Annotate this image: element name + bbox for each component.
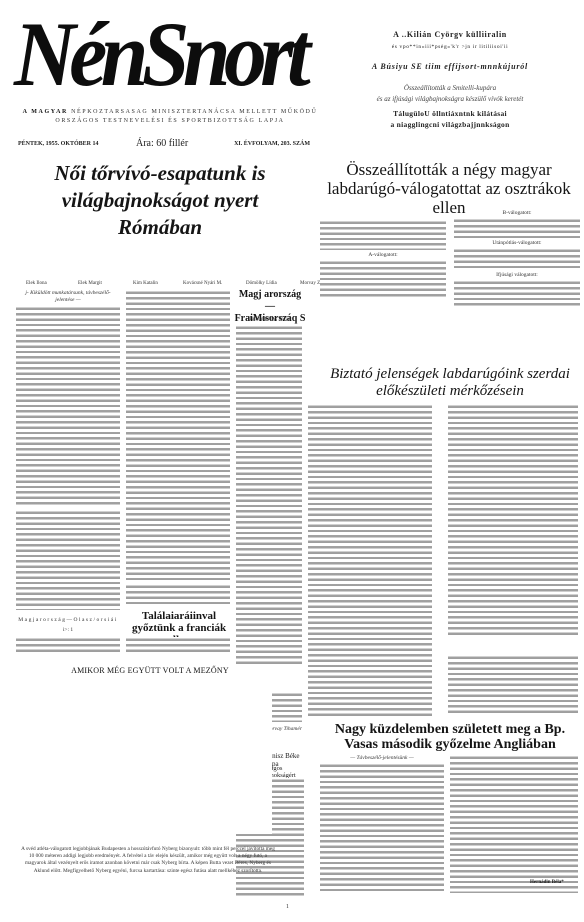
team-name: Kim Katalin [133,281,158,286]
dateline-bar: PÉNTEK, 1955. OKTÓBER 14 Ára: 60 fillér … [18,140,310,152]
preparation-body-col2b [448,655,578,715]
result-ratio: Találatarány: 45:50 [240,316,300,322]
section-score: i>: 1 [16,627,120,633]
vasas-author-signature: Hernádin Béla* [530,880,564,885]
football-intro [320,220,446,250]
football-group-a-body [320,260,446,298]
preparation-headline[interactable]: Biztató jelenségek labdarúgóink szerdai … [320,366,580,400]
teaser-prospects[interactable]: TálugüloU öllntiáxntnk kilátásai a niagg… [320,108,580,130]
football-group-d: Ifjúsági válogatott: [454,272,580,278]
article-body-col1 [16,306,120,506]
vasas-headline[interactable]: Nagy küzdelemben született meg a Bp. Vas… [318,722,582,752]
article-body-col2b [126,584,230,604]
football-group-a: A-válogatott: [320,252,446,258]
photo-caption-text: A svéd atléta-válogatott legjobbjának Bu… [18,846,278,875]
football-group-c-body [454,248,580,268]
football-group-b: B-válogatott: [454,210,580,216]
article-body-col3 [236,325,302,665]
issue-price: Ára: 60 fillér [136,138,188,149]
photo-caption-title: AMIKOR MÉG EGYÜTT VOLT A MEZŐNY [60,666,240,675]
preparation-body-col2 [448,404,578,636]
article-body-col1c [16,637,120,655]
article-body-col2c [126,637,230,655]
team-name: Elek Ilona [26,281,47,286]
publisher-line-1: A MAGYAR NÉPKOZTARSASAG MINISZTERTANÁCSA… [20,109,320,115]
main-headline[interactable]: Női tőrvívó-esapatunk is világbajnokságo… [30,160,290,241]
team-name: Dömölky Lídia [246,281,277,286]
race-photo [14,682,272,834]
article-body-col1b [16,510,120,610]
teaser-kilian-subtitle: és vpo**in«iii*psėg«'k'r >jn ir litiliis… [320,44,580,50]
vasas-body-col2 [450,755,578,893]
team-name: Kovácsné Nyári M. [183,281,222,286]
teaser-kilian-title[interactable]: A ..Kilián Cyörgv külliiralin [320,30,580,39]
football-headline[interactable]: Összeállították a négy magyar labdarúgó-… [318,160,580,217]
issue-date: PÉNTEK, 1955. OKTÓBER 14 [18,141,99,147]
page-number: 1 [286,904,289,910]
vasas-dateline: — Távbeszélő-jelentésünk — [320,755,444,761]
newspaper-masthead-logo: NénSnort [14,6,302,102]
teaser-fencing-squad[interactable]: Összeállították a Smitelli-kupára és az … [320,83,580,105]
teaser-sport-se[interactable]: A Búsiyu SE tiim effijsort-mnnkújuról [320,62,580,71]
preparation-body-col1 [308,404,432,718]
football-group-c: Utánpótlás-válogatott: [454,240,580,246]
issue-volume: XI. ÉVFOLYAM, 203. SZÁM [234,141,310,147]
team-name: Elek Margit [78,281,102,286]
football-group-b-body [454,218,580,238]
story-subhead: j- Kiküldött munkatársunk, távbeszélő-je… [18,290,118,304]
vasas-body-col1 [320,763,444,893]
publisher-line-2: ORSZÁGOS TESTNEVELÉSI ÉS SPORTBIZOTTSÁG … [20,118,320,124]
football-group-d-body [454,280,580,308]
article-body-col2 [126,290,230,580]
section-header: Magjarország—Olasz/orsiái [16,617,120,623]
